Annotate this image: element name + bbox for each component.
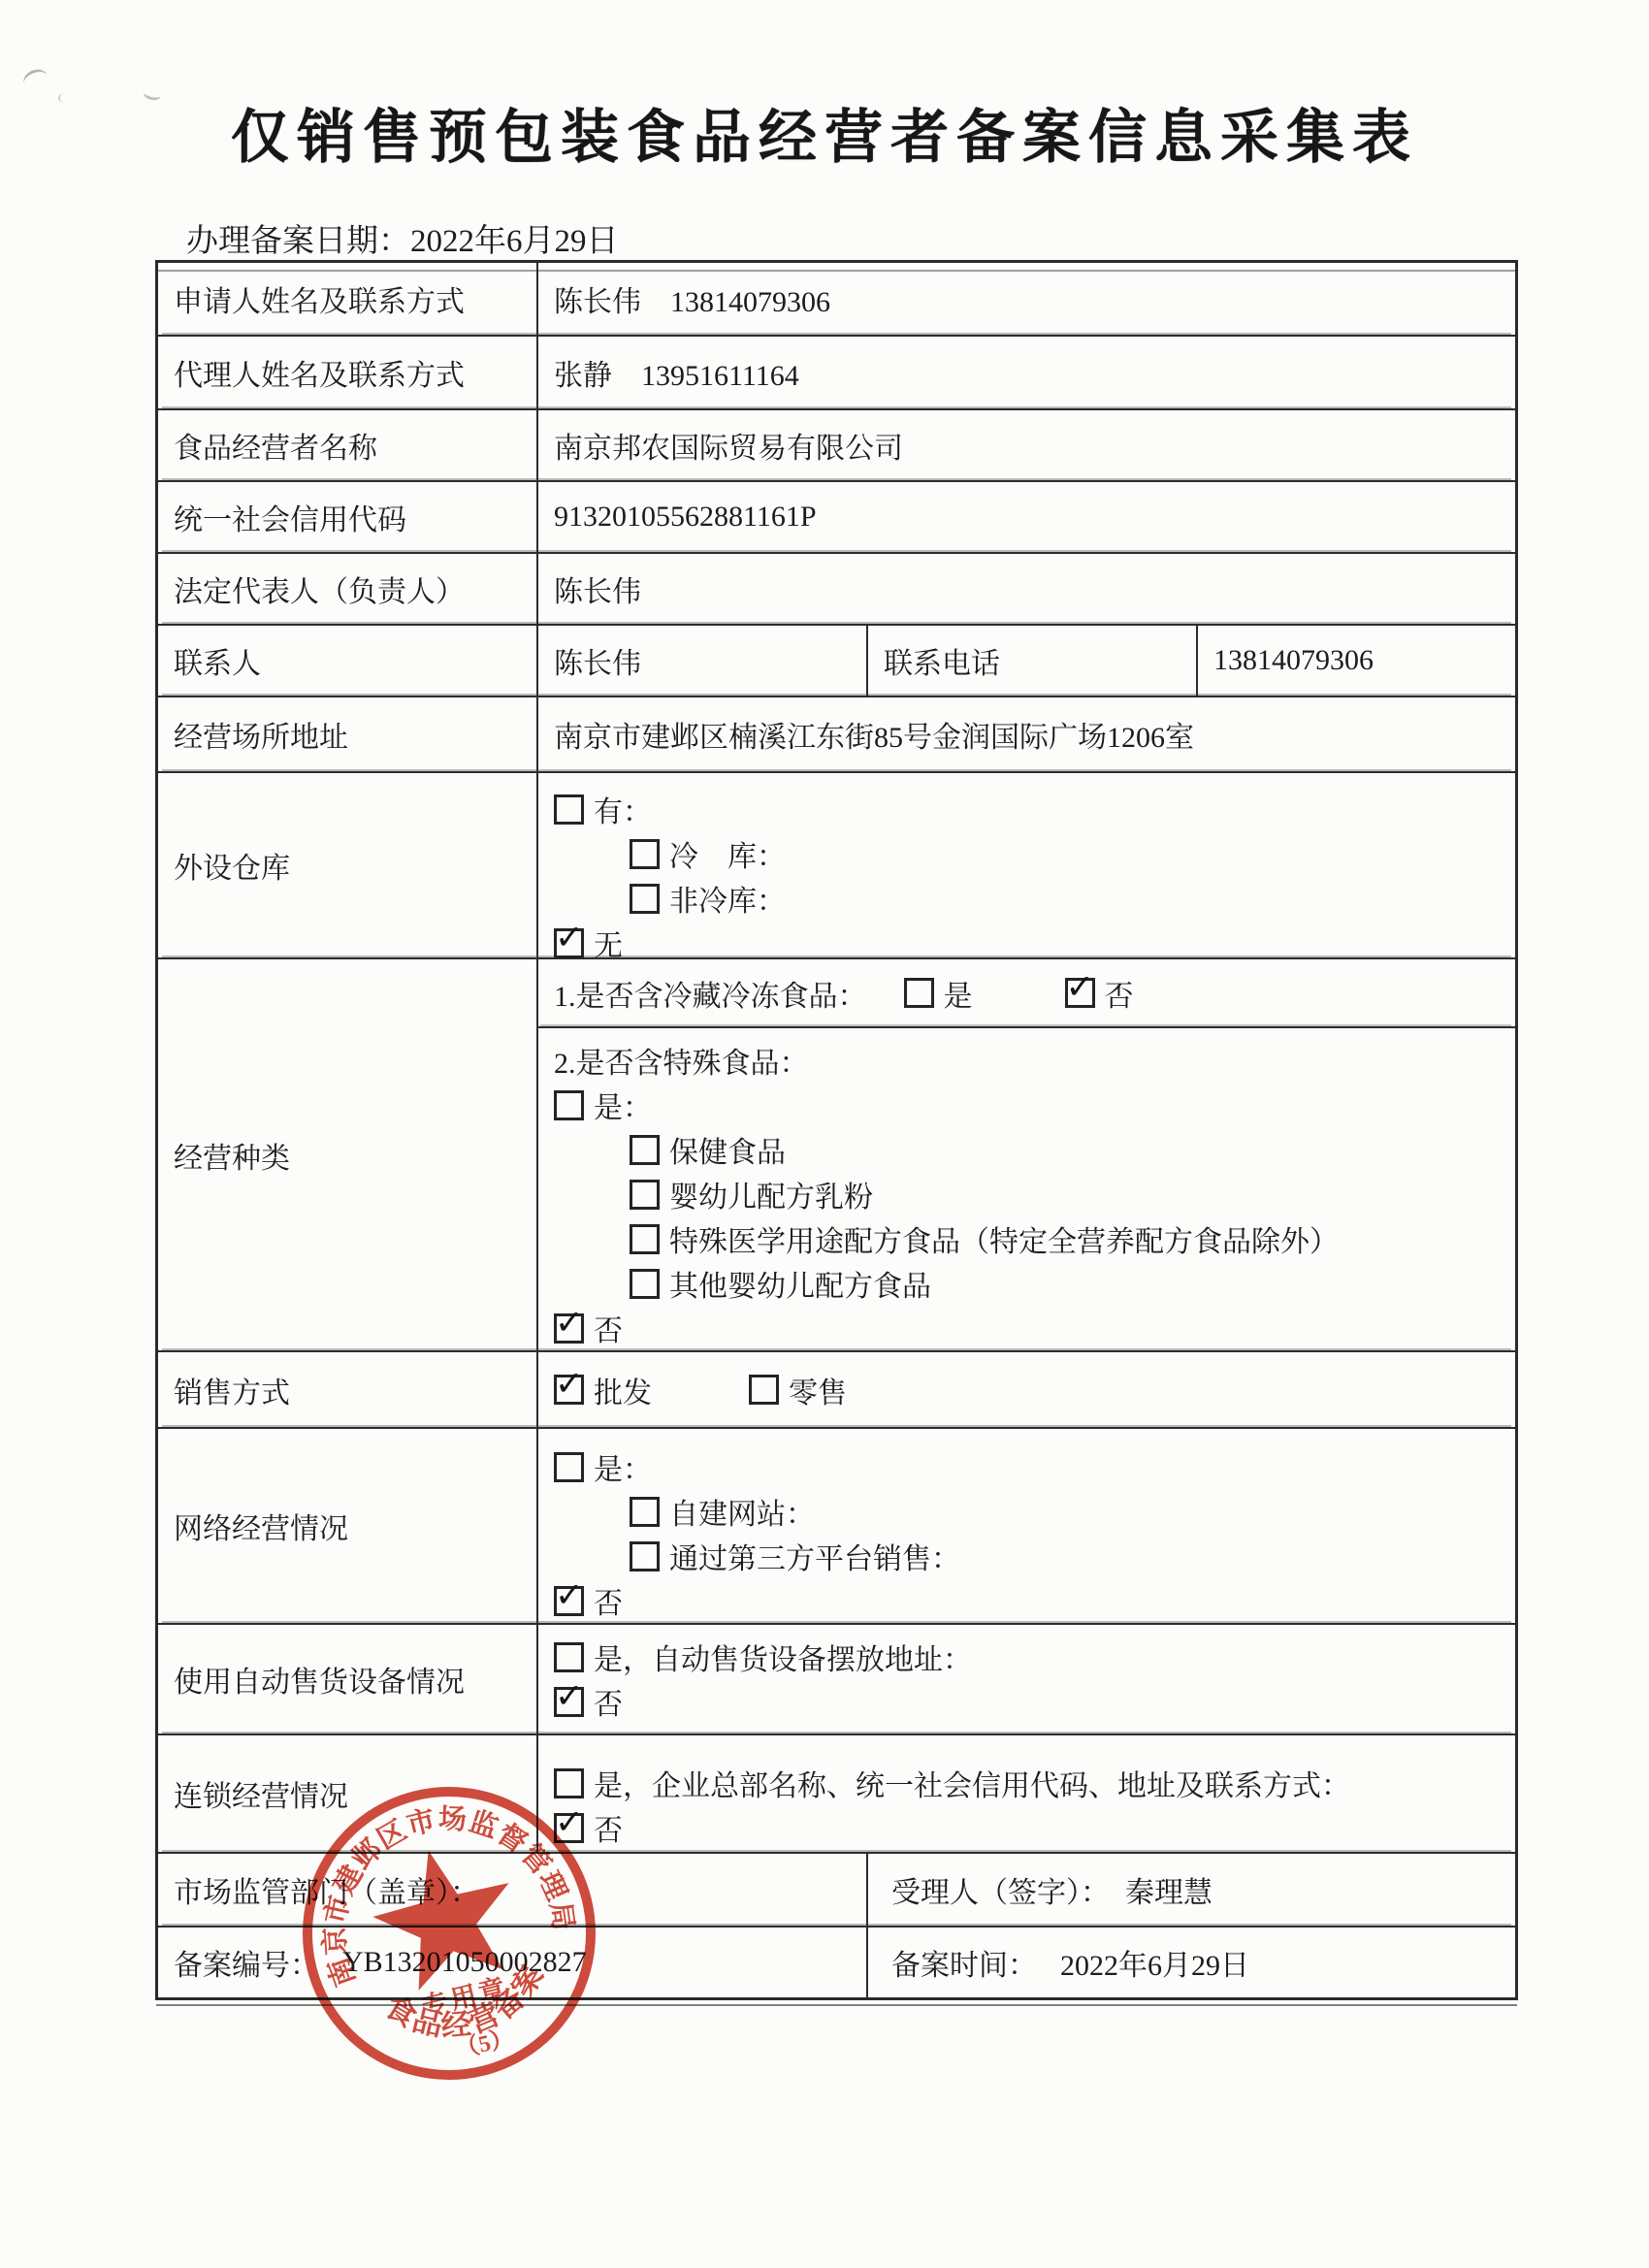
checkbox-unchecked-icon xyxy=(554,1768,584,1798)
applicant-label: 申请人姓名及联系方式 xyxy=(174,277,465,320)
option-label: 非冷库： xyxy=(669,877,786,920)
chain-label-cell: 连锁经营情况 xyxy=(158,1735,536,1852)
checkbox-unchecked-icon xyxy=(554,1090,584,1120)
checkbox-unchecked-icon xyxy=(554,794,584,825)
record-number-label: 备案编号： xyxy=(174,1941,319,1984)
option-label: 是，企业总部名称、统一社会信用代码、地址及联系方式： xyxy=(594,1762,1350,1804)
sales-retail-label: 零售 xyxy=(789,1369,847,1411)
option-label: 通过第三方平台销售： xyxy=(669,1535,960,1577)
record-time-value: 2022年6月29日 xyxy=(1060,1941,1249,1984)
stamp-number-text: （5） xyxy=(453,2025,516,2064)
agent-value-cell: 张静 13951611164 xyxy=(536,337,1515,408)
check-mark: ✓ xyxy=(555,1677,583,1716)
checkbox-unchecked-icon xyxy=(630,1135,660,1165)
operator-value-cell: 南京邦农国际贸易有限公司 xyxy=(536,410,1515,480)
operator-value: 南京邦农国际贸易有限公司 xyxy=(554,424,903,467)
department-label-cell: 市场监管部门（盖章）： xyxy=(158,1854,866,1926)
record-time-cell: 备案时间： 2022年6月29日 xyxy=(866,1928,1515,1997)
address-label-cell: 经营场所地址 xyxy=(158,697,536,771)
credit-code-label: 统一社会信用代码 xyxy=(174,496,406,538)
contact-name-cell: 陈长伟 xyxy=(536,626,866,696)
vending-options-cell: 是，自动售货设备摆放地址： ✓ 否 xyxy=(536,1625,1515,1733)
warehouse-options-cell: 有： 冷 库： 非冷库： ✓ 无 xyxy=(536,773,1515,957)
option-label: 保健食品 xyxy=(669,1128,786,1171)
scan-smudge xyxy=(20,66,51,94)
category-q1-cell: 1.是否含冷藏冷冻食品： 是 ✓ 否 xyxy=(536,959,1515,1026)
category-q1-line: 1.是否含冷藏冷冻食品： 是 ✓ 否 xyxy=(554,972,1134,1015)
row-warehouse: 外设仓库 有： 冷 库： 非冷库： ✓ 无 xyxy=(158,771,1515,957)
checkbox-unchecked-icon xyxy=(630,1541,660,1571)
checkbox-checked-icon: ✓ xyxy=(554,1687,584,1717)
row-contact: 联系人 陈长伟 联系电话 13814079306 xyxy=(158,624,1515,696)
checkbox-checked-icon: ✓ xyxy=(554,1813,584,1843)
option-label: 自建网站： xyxy=(669,1490,815,1533)
row-agent: 代理人姓名及联系方式 张静 13951611164 xyxy=(158,335,1515,408)
legal-rep-label-cell: 法定代表人（负责人） xyxy=(158,554,536,624)
category-q2-cell: 2.是否含特殊食品： 是： 保健食品 婴幼儿配方乳粉 特殊医学用途配方食品（特定… xyxy=(536,1026,1515,1350)
option-label: 否 xyxy=(594,1307,623,1349)
category-q2-heading: 2.是否含特殊食品： xyxy=(554,1038,1505,1083)
row-online: 网络经营情况 是： 自建网站： 通过第三方平台销售： ✓ 否 xyxy=(158,1427,1515,1623)
operator-label: 食品经营者名称 xyxy=(174,424,377,467)
applicant-value: 陈长伟 13814079306 xyxy=(554,277,830,320)
q1-text: 1.是否含冷藏冷冻食品： xyxy=(554,972,867,1015)
warehouse-option-noncold: 非冷库： xyxy=(630,876,1505,921)
contact-phone-value: 13814079306 xyxy=(1213,644,1374,677)
q2-option-no: ✓ 否 xyxy=(554,1306,1505,1350)
agent-value: 张静 13951611164 xyxy=(554,351,799,394)
contact-label-cell: 联系人 xyxy=(158,626,536,696)
filing-date-line: 办理备案日期：2022年6月29日 xyxy=(186,215,619,261)
contact-name: 陈长伟 xyxy=(554,639,641,682)
chain-options-cell: 是，企业总部名称、统一社会信用代码、地址及联系方式： ✓ 否 xyxy=(536,1735,1515,1852)
row-record: 备案编号： YB13201050002827 备案时间： 2022年6月29日 xyxy=(158,1926,1515,1997)
acceptor-label: 受理人（签字）： xyxy=(891,1868,1110,1911)
q1-yes-label: 是 xyxy=(944,972,973,1015)
checkbox-unchecked-icon xyxy=(554,1452,584,1482)
operator-label-cell: 食品经营者名称 xyxy=(158,410,536,480)
checkbox-unchecked-icon xyxy=(554,1642,584,1672)
sales-options-line: ✓ 批发 零售 xyxy=(554,1369,847,1411)
option-label: 否 xyxy=(594,1579,623,1622)
option-label: 有： xyxy=(594,788,652,830)
row-address: 经营场所地址 南京市建邺区楠溪江东街85号金润国际广场1206室 xyxy=(158,696,1515,771)
row-department: 市场监管部门（盖章）： 受理人（签字）： 秦理慧 xyxy=(158,1852,1515,1926)
option-label: 是，自动售货设备摆放地址： xyxy=(594,1636,972,1678)
row-category: 经营种类 1.是否含冷藏冷冻食品： 是 ✓ 否 2.是否含特殊食品： 是： xyxy=(158,957,1515,1350)
checkbox-checked-icon: ✓ xyxy=(554,1313,584,1344)
credit-code-label-cell: 统一社会信用代码 xyxy=(158,482,536,552)
checkbox-unchecked-icon xyxy=(630,839,660,869)
online-option-own-site: 自建网站： xyxy=(630,1489,1505,1534)
sales-options-cell: ✓ 批发 零售 xyxy=(536,1352,1515,1427)
online-option-third-party: 通过第三方平台销售： xyxy=(630,1534,1505,1578)
option-label: 否 xyxy=(594,1806,623,1849)
option-label: 是： xyxy=(594,1084,652,1126)
category-subrows: 1.是否含冷藏冷冻食品： 是 ✓ 否 2.是否含特殊食品： 是： 保健食品 xyxy=(536,959,1515,1350)
checkbox-unchecked-icon xyxy=(904,978,934,1008)
online-option-yes: 是： xyxy=(554,1444,1505,1489)
acceptor-cell: 受理人（签字）： 秦理慧 xyxy=(866,1854,1515,1926)
contact-label: 联系人 xyxy=(174,639,261,682)
checkbox-unchecked-icon xyxy=(630,1224,660,1254)
option-label: 冷 库： xyxy=(669,832,786,875)
agent-label: 代理人姓名及联系方式 xyxy=(174,351,465,394)
warehouse-option-has: 有： xyxy=(554,787,1505,831)
q2-option-infant-formula-milk: 婴幼儿配方乳粉 xyxy=(630,1172,1505,1216)
check-mark: ✓ xyxy=(1066,968,1094,1007)
row-vending: 使用自动售货设备情况 是，自动售货设备摆放地址： ✓ 否 xyxy=(158,1623,1515,1733)
acceptor-signature: 秦理慧 xyxy=(1125,1868,1212,1911)
online-label: 网络经营情况 xyxy=(174,1505,348,1547)
chain-option-no: ✓ 否 xyxy=(554,1805,1505,1850)
chain-option-yes: 是，企业总部名称、统一社会信用代码、地址及联系方式： xyxy=(554,1761,1505,1805)
applicant-label-cell: 申请人姓名及联系方式 xyxy=(158,263,536,335)
vending-label: 使用自动售货设备情况 xyxy=(174,1658,465,1701)
sales-label: 销售方式 xyxy=(174,1369,290,1411)
checkbox-checked-icon: ✓ xyxy=(554,928,584,958)
checkbox-unchecked-icon xyxy=(630,1497,660,1527)
registration-table: 申请人姓名及联系方式 陈长伟 13814079306 代理人姓名及联系方式 张静… xyxy=(155,260,1518,2000)
contact-phone-label-cell: 联系电话 xyxy=(866,626,1196,696)
check-mark: ✓ xyxy=(555,1803,583,1842)
category-label: 经营种类 xyxy=(174,1134,290,1177)
q2-text: 2.是否含特殊食品： xyxy=(554,1039,809,1082)
vending-option-no: ✓ 否 xyxy=(554,1679,1505,1724)
online-option-no: ✓ 否 xyxy=(554,1578,1505,1623)
option-label: 婴幼儿配方乳粉 xyxy=(669,1173,873,1215)
contact-phone-label: 联系电话 xyxy=(884,639,1000,682)
row-sales-mode: 销售方式 ✓ 批发 零售 xyxy=(158,1350,1515,1427)
legal-rep-value: 陈长伟 xyxy=(554,567,641,610)
row-operator-name: 食品经营者名称 南京邦农国际贸易有限公司 xyxy=(158,408,1515,480)
applicant-value-cell: 陈长伟 13814079306 xyxy=(536,263,1515,335)
contact-phone-value-cell: 13814079306 xyxy=(1196,626,1515,696)
row-legal-rep: 法定代表人（负责人） 陈长伟 xyxy=(158,552,1515,624)
check-mark: ✓ xyxy=(555,1304,583,1343)
checkbox-unchecked-icon xyxy=(630,884,660,914)
legal-rep-label: 法定代表人（负责人） xyxy=(174,567,465,610)
row-credit-code: 统一社会信用代码 91320105562881161P xyxy=(158,480,1515,552)
checkbox-checked-icon: ✓ xyxy=(1065,978,1095,1008)
q1-no-label: 否 xyxy=(1105,972,1134,1015)
credit-code-value: 91320105562881161P xyxy=(554,501,817,534)
record-number-cell: 备案编号： YB13201050002827 xyxy=(158,1928,866,1997)
category-label-cell: 经营种类 xyxy=(158,959,536,1350)
check-mark: ✓ xyxy=(555,1365,583,1404)
row-chain: 连锁经营情况 是，企业总部名称、统一社会信用代码、地址及联系方式： ✓ 否 xyxy=(158,1733,1515,1852)
vending-label-cell: 使用自动售货设备情况 xyxy=(158,1625,536,1733)
record-number-value: YB13201050002827 xyxy=(342,1946,587,1979)
chain-label: 连锁经营情况 xyxy=(174,1772,348,1815)
option-label: 是： xyxy=(594,1445,652,1488)
legal-rep-value-cell: 陈长伟 xyxy=(536,554,1515,624)
scanned-form-page: { "glyphs": { "check": "✓" }, "header": … xyxy=(0,0,1649,2268)
checkbox-checked-icon: ✓ xyxy=(554,1375,584,1405)
address-label: 经营场所地址 xyxy=(174,713,348,756)
sales-label-cell: 销售方式 xyxy=(158,1352,536,1427)
q2-option-other-infant-food: 其他婴幼儿配方食品 xyxy=(630,1261,1505,1306)
credit-code-value-cell: 91320105562881161P xyxy=(536,482,1515,552)
address-value: 南京市建邺区楠溪江东街85号金润国际广场1206室 xyxy=(554,713,1194,756)
filing-date-label: 办理备案日期： xyxy=(186,224,410,259)
filing-date-value: 2022年6月29日 xyxy=(410,224,619,259)
checkbox-unchecked-icon xyxy=(630,1269,660,1299)
page-title: 仅销售预包装食品经营者备案信息采集表 xyxy=(0,91,1649,175)
vending-option-yes: 是，自动售货设备摆放地址： xyxy=(554,1635,1505,1679)
department-label: 市场监管部门（盖章）： xyxy=(174,1868,479,1911)
address-value-cell: 南京市建邺区楠溪江东街85号金润国际广场1206室 xyxy=(536,697,1515,771)
row-applicant: 申请人姓名及联系方式 陈长伟 13814079306 xyxy=(158,263,1515,335)
option-label: 否 xyxy=(594,1680,623,1723)
warehouse-label-cell: 外设仓库 xyxy=(158,773,536,957)
q2-option-health-food: 保健食品 xyxy=(630,1127,1505,1172)
agent-label-cell: 代理人姓名及联系方式 xyxy=(158,337,536,408)
q2-option-yes: 是： xyxy=(554,1083,1505,1127)
check-mark: ✓ xyxy=(555,919,583,957)
warehouse-label: 外设仓库 xyxy=(174,844,290,887)
check-mark: ✓ xyxy=(555,1576,583,1615)
option-label: 特殊医学用途配方食品（特定全营养配方食品除外） xyxy=(669,1217,1339,1260)
q2-option-medical-formula: 特殊医学用途配方食品（特定全营养配方食品除外） xyxy=(630,1216,1505,1261)
sales-wholesale-label: 批发 xyxy=(594,1369,652,1411)
online-label-cell: 网络经营情况 xyxy=(158,1429,536,1623)
warehouse-option-cold: 冷 库： xyxy=(630,831,1505,876)
checkbox-checked-icon: ✓ xyxy=(554,1586,584,1616)
online-options-cell: 是： 自建网站： 通过第三方平台销售： ✓ 否 xyxy=(536,1429,1515,1623)
record-time-label: 备案时间： xyxy=(891,1941,1037,1984)
option-label: 其他婴幼儿配方食品 xyxy=(669,1262,931,1305)
checkbox-unchecked-icon xyxy=(630,1180,660,1210)
checkbox-unchecked-icon xyxy=(749,1375,779,1405)
